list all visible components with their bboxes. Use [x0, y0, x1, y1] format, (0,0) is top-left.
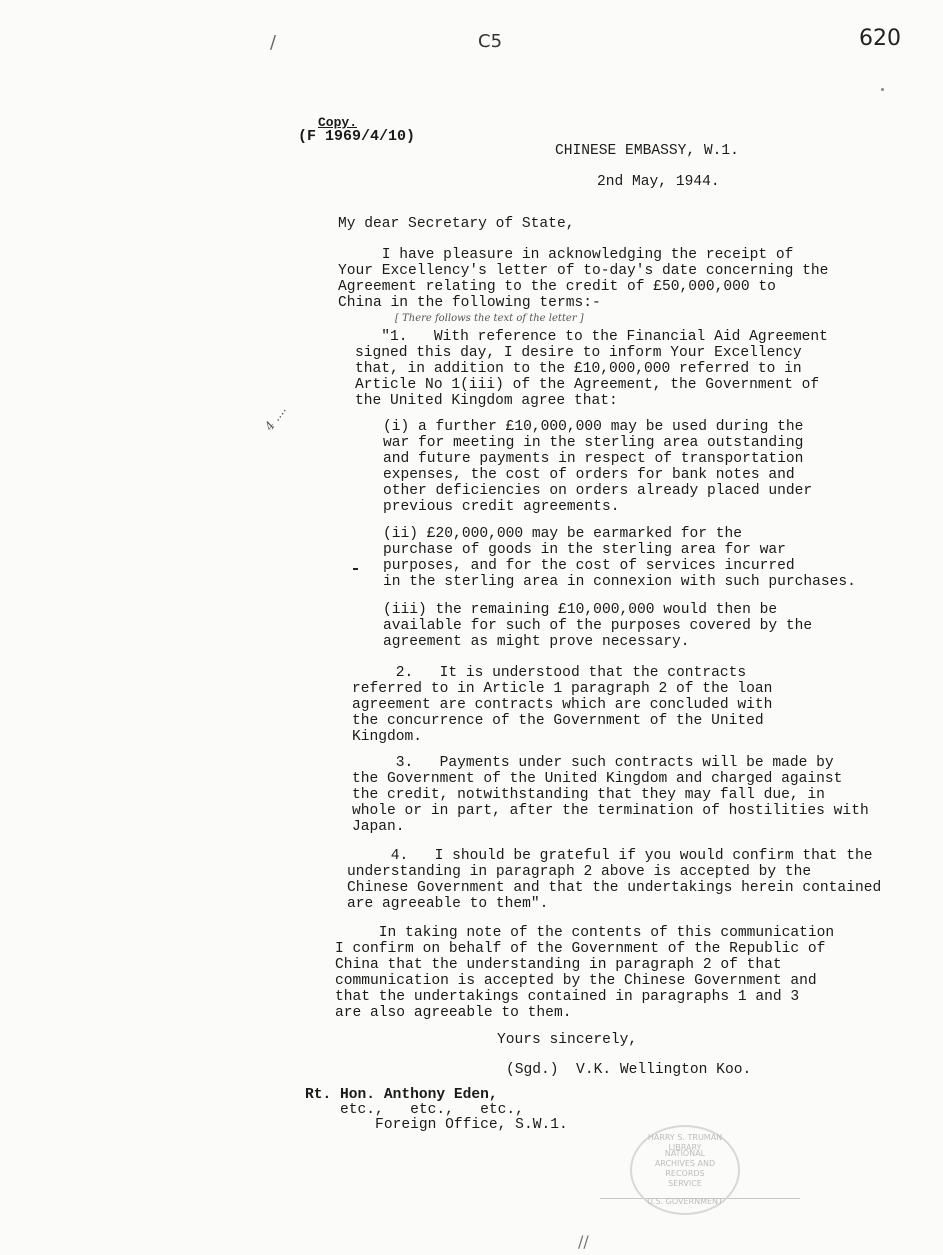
- margin-tick: [353, 568, 358, 570]
- sender-address: CHINESE EMBASSY, W.1.: [555, 143, 739, 159]
- text-line: available for such of the purposes cover…: [383, 619, 812, 635]
- text-line: I have pleasure in acknowledging the rec…: [338, 248, 793, 264]
- text-line: that, in addition to the £10,000,000 ref…: [355, 362, 802, 378]
- text-line: previous credit agreements.: [383, 500, 619, 516]
- text-line: 3. Payments under such contracts will be…: [352, 756, 834, 772]
- text-line: (iii) the remaining £10,000,000 would th…: [383, 603, 777, 619]
- text-line: and future payments in respect of transp…: [383, 452, 803, 468]
- salutation: My dear Secretary of State,: [338, 217, 574, 233]
- text-line: (i) a further £10,000,000 may be used du…: [383, 420, 803, 436]
- stamp-line: SERVICE: [632, 1179, 738, 1189]
- text-line: Article No 1(iii) of the Agreement, the …: [355, 378, 819, 394]
- margin-annotation: 4 ....: [262, 403, 289, 433]
- text-line: the Government of the United Kingdom and…: [352, 772, 842, 788]
- page-number: 620: [859, 26, 901, 51]
- text-line: communication is accepted by the Chinese…: [335, 974, 817, 990]
- text-line: Agreement relating to the credit of £50,…: [338, 280, 776, 296]
- addressee-office: Foreign Office, S.W.1.: [305, 1118, 568, 1134]
- text-line: China in the following terms:-: [338, 296, 601, 312]
- text-line: are agreeable to them".: [347, 897, 548, 913]
- handwritten-note: [ There follows the text of the letter ]: [395, 313, 584, 324]
- archive-stamp: HARRY S. TRUMAN LIBRARY NATIONAL ARCHIVE…: [630, 1125, 740, 1215]
- text-line: signed this day, I desire to inform Your…: [355, 346, 802, 362]
- text-line: other deficiencies on orders already pla…: [383, 484, 812, 500]
- stamp-line: ARCHIVES AND: [632, 1159, 738, 1169]
- text-line: are also agreeable to them.: [335, 1006, 571, 1022]
- letter-date: 2nd May, 1944.: [597, 174, 720, 190]
- text-line: Chinese Government and that the undertak…: [347, 881, 881, 897]
- text-line: whole or in part, after the termination …: [352, 804, 869, 820]
- text-line: the United Kingdom agree that:: [355, 394, 618, 410]
- text-line: purposes, and for the cost of services i…: [383, 559, 795, 575]
- text-line: 2. It is understood that the contracts: [352, 666, 746, 682]
- text-line: war for meeting in the sterling area out…: [383, 436, 803, 452]
- text-line: referred to in Article 1 paragraph 2 of …: [352, 682, 772, 698]
- archival-mark: C5: [478, 31, 502, 52]
- margin-mark: /: [270, 32, 276, 53]
- text-line: purchase of goods in the sterling area f…: [383, 543, 786, 559]
- text-line: that the undertakings contained in parag…: [335, 990, 799, 1006]
- text-line: 4. I should be grateful if you would con…: [347, 849, 872, 865]
- stamp-line: RECORDS: [632, 1169, 738, 1179]
- text-line: the credit, notwithstanding that they ma…: [352, 788, 825, 804]
- text-line: Your Excellency's letter of to-day's dat…: [338, 264, 828, 280]
- bottom-mark: //: [578, 1232, 589, 1251]
- text-line: agreement as might prove necessary.: [383, 635, 690, 651]
- text-line: (ii) £20,000,000 may be earmarked for th…: [383, 527, 742, 543]
- speck: [881, 88, 884, 91]
- text-line: expenses, the cost of orders for bank no…: [383, 468, 795, 484]
- text-line: China that the understanding in paragrap…: [335, 958, 782, 974]
- text-line: "1. With reference to the Financial Aid …: [355, 330, 828, 346]
- text-line: Japan.: [352, 820, 405, 836]
- file-reference: (F 1969/4/10): [298, 128, 415, 145]
- text-line: I confirm on behalf of the Government of…: [335, 942, 825, 958]
- stamp-outer-bottom: U.S. GOVERNMENT: [632, 1197, 738, 1207]
- stamp-outer-top: HARRY S. TRUMAN LIBRARY: [632, 1133, 738, 1153]
- text-line: agreement are contracts which are conclu…: [352, 698, 772, 714]
- text-line: in the sterling area in connexion with s…: [383, 575, 856, 591]
- sign-off: Yours sincerely,: [497, 1033, 637, 1049]
- signature: (Sgd.) V.K. Wellington Koo.: [506, 1063, 751, 1079]
- text-line: understanding in paragraph 2 above is ac…: [347, 865, 811, 881]
- text-line: Kingdom.: [352, 730, 422, 746]
- text-line: In taking note of the contents of this c…: [335, 926, 834, 942]
- text-line: the concurrence of the Government of the…: [352, 714, 764, 730]
